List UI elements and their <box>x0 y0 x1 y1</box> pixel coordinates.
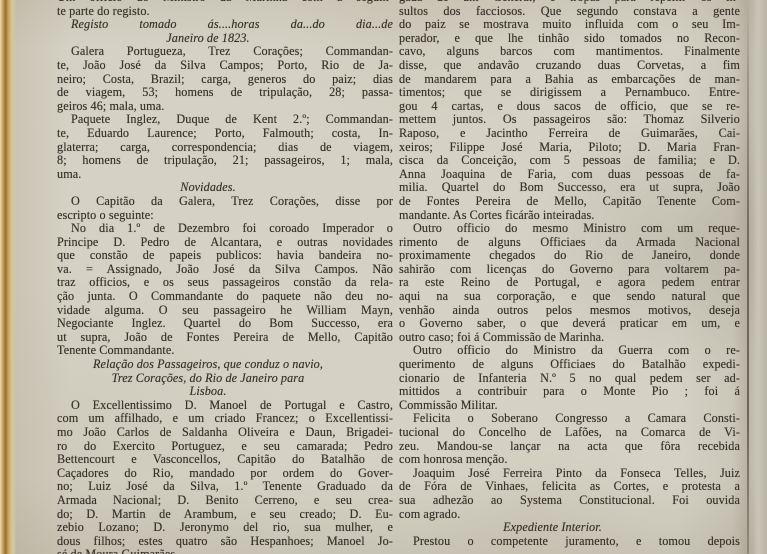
text-line: te parte do registo. <box>57 5 393 19</box>
text-line: vidade alguma. O seu passageiro he Willi… <box>57 304 393 318</box>
text-line: xeiros; Filippe José Maria, Piloto; D. M… <box>399 141 740 155</box>
text-line: Commissão Militar. <box>399 399 740 413</box>
text-line: Galera Portugueza, Trez Corações; Comman… <box>57 45 393 59</box>
text-line: Prestou o competente juramento, e tomou … <box>399 535 740 549</box>
text-line: com um affilhado, e um criado Francez; o… <box>57 412 393 426</box>
text-line: te, João José da Silva Campos; Porto, Ri… <box>57 59 393 73</box>
text-line: perador, e que lhe tinhão sido tomados n… <box>399 32 740 46</box>
text-line: sultos dos facciosos. Que segundo consta… <box>399 5 740 19</box>
right-text-column: gada de um General, e tropas para repell… <box>399 0 740 548</box>
text-line: do; D. Martin de Arambum, e seu creado; … <box>57 508 393 522</box>
text-line: gou 4 cartas, e dous sacos de officio, q… <box>399 100 740 114</box>
text-line: Armada Nacional; D. Benito Cerreno, e se… <box>57 494 393 508</box>
text-line: Principe D. Pedro de Alcantara, e outras… <box>57 236 393 250</box>
text-line: de viagem, 53; homens de tripulação, 28;… <box>57 86 393 100</box>
left-text-column: Um officio do Ministro da Marinha com a … <box>57 0 393 554</box>
text-line: de mandarem para a Bahia as embarcações … <box>399 73 740 87</box>
text-line: ção junta. O Commandante do paquete não … <box>57 290 393 304</box>
text-line: aqui na sua corporação, e que sendo natu… <box>399 290 740 304</box>
page-gutter-shadow <box>733 0 767 554</box>
text-line: Raposo, e Jacintho Ferreira de Guimarães… <box>399 127 740 141</box>
text-line: Felicita o Soberano Congresso a Camara C… <box>399 412 740 426</box>
text-line: disse, que andavão cruzando duas Corveta… <box>399 59 740 73</box>
text-line: te, Eduardo Laurence; Porto, Falmouth; c… <box>57 127 393 141</box>
book-binding-edge <box>0 0 16 554</box>
text-line: proximamente chegados do Rio de Janeiro,… <box>399 249 740 263</box>
text-line: uma. <box>57 168 393 182</box>
text-line: zeu. Mandou-se lançar na acta que fôra r… <box>399 440 740 454</box>
text-line: Expediente Interior. <box>399 521 740 535</box>
text-line: traz officios, e os seus passageiros con… <box>57 276 393 290</box>
text-line: rimento de alguns Officiaes da Armada Na… <box>399 236 740 250</box>
text-line: geiros 46; mala, uma. <box>57 100 393 114</box>
text-line: O Excellentissimo D. Manoel de Portugal … <box>57 399 393 413</box>
text-line: que constão de papeis publicos: havia ba… <box>57 249 393 263</box>
text-line: No dia 1.º de Dezembro foi coroado Imper… <box>57 222 393 236</box>
text-line: Outro officio do Ministro da Guerra com … <box>399 344 740 358</box>
text-line: mandante. As Cortes ficárão inteiradas. <box>399 209 740 223</box>
text-line: sahirão com licenças do Governo para vol… <box>399 263 740 277</box>
text-line: Joaquim José Ferreira Pinto da Fonseca T… <box>399 467 740 481</box>
scanned-gazette-page: Um officio do Ministro da Marinha com a … <box>0 0 767 554</box>
text-line: de Fontes Pereira de Mello, Capitão Tene… <box>399 195 740 209</box>
text-line: zebio Lozano; D. Jeronymo del rio, sua m… <box>57 521 393 535</box>
text-line: no; Luiz José da Silva, 1.º Tenente Grad… <box>57 480 393 494</box>
text-line: Negociante Inglez. Quartel do Bom Succes… <box>57 317 393 331</box>
text-line: Janeiro de 1823. <box>57 32 393 46</box>
text-line: tucional do Concelho de Lafões, na Comar… <box>399 426 740 440</box>
text-line: Caçadores do Rio, mandado por ordem do G… <box>57 467 393 481</box>
text-line: Anna Joaquina de Faria, com duas pessoas… <box>399 168 740 182</box>
text-line: neiro; Costa, Brazil; carga, generos do … <box>57 73 393 87</box>
text-line: mittidos a contribuir para o Monte Pio ;… <box>399 385 740 399</box>
text-line: cionario de Infanteria N.º 5 no qual ped… <box>399 372 740 386</box>
text-line: com agrado. <box>399 508 740 522</box>
text-line: o Governo saber, o que deverá praticar e… <box>399 317 740 331</box>
text-line: Trez Corações, do Rio de Janeiro para <box>57 372 393 386</box>
text-line: 8; homens de tripulação, 21; passageiros… <box>57 154 393 168</box>
text-line: Lisboa. <box>57 385 393 399</box>
text-line: outro caso; foi á Commissão de Marinha. <box>399 331 740 345</box>
text-line: cavo, alguns barcos com mantimentos. Fin… <box>399 45 740 59</box>
text-line: Paquete Inglez, Duque de Kent 2.º; Comma… <box>57 113 393 127</box>
text-line: Tenente Commandante. <box>57 344 393 358</box>
text-line: Bettencourt e Vasconcellos, Capitão do B… <box>57 453 393 467</box>
text-line: sua adhezão ao Systema Constitucional. F… <box>399 494 740 508</box>
text-line: do paiz se mostrava muito influida com o… <box>399 18 740 32</box>
text-line: com honrosa menção. <box>399 453 740 467</box>
text-line: Relação dos Passageiros, que conduz o na… <box>57 358 393 372</box>
text-line: mettem juntos. Os passageiros são: Thoma… <box>399 113 740 127</box>
text-line: venhão ainda outros pelos mesmos motivos… <box>399 304 740 318</box>
text-line: de Fóra de Vinhaes, felicita as Cortes, … <box>399 480 740 494</box>
text-line: ut supra, João de Fontes Pereira de Mell… <box>57 331 393 345</box>
text-line: mo João Carlos de Saldanha Oliveira e Da… <box>57 426 393 440</box>
text-line: querimento de alguns Officiaes do Batalh… <box>399 358 740 372</box>
text-line: timentos; que se dirigissem a Pernambuco… <box>399 86 740 100</box>
page-fold-crease <box>747 0 749 554</box>
text-line: glaterra; carga, correspondencia; dias d… <box>57 141 393 155</box>
text-line: va. = Assignado, João José da Silva Camp… <box>57 263 393 277</box>
text-line: milia. Quartel do Bom Successo, era ut s… <box>399 181 740 195</box>
text-line: O Capitão da Galera, Trez Corações, diss… <box>57 195 393 209</box>
text-line: Novidades. <box>57 181 393 195</box>
text-line: cisca da Conceição, com 5 pessoas de fam… <box>399 154 740 168</box>
text-line: ro do Exercito Portuguez, e seu camarada… <box>57 440 393 454</box>
text-line: escripto o seguinte: <box>57 209 393 223</box>
text-line: dous filhos; estes quatro são Hespanhoes… <box>57 535 393 549</box>
text-line: Registo tomado ás....horas da...do dia..… <box>57 18 393 32</box>
text-line: sé de Moura Guimarães <box>57 548 393 554</box>
text-line: Outro officio do mesmo Ministro com um r… <box>399 222 740 236</box>
text-line: ra este Reino de Portugal, e agora pedem… <box>399 276 740 290</box>
